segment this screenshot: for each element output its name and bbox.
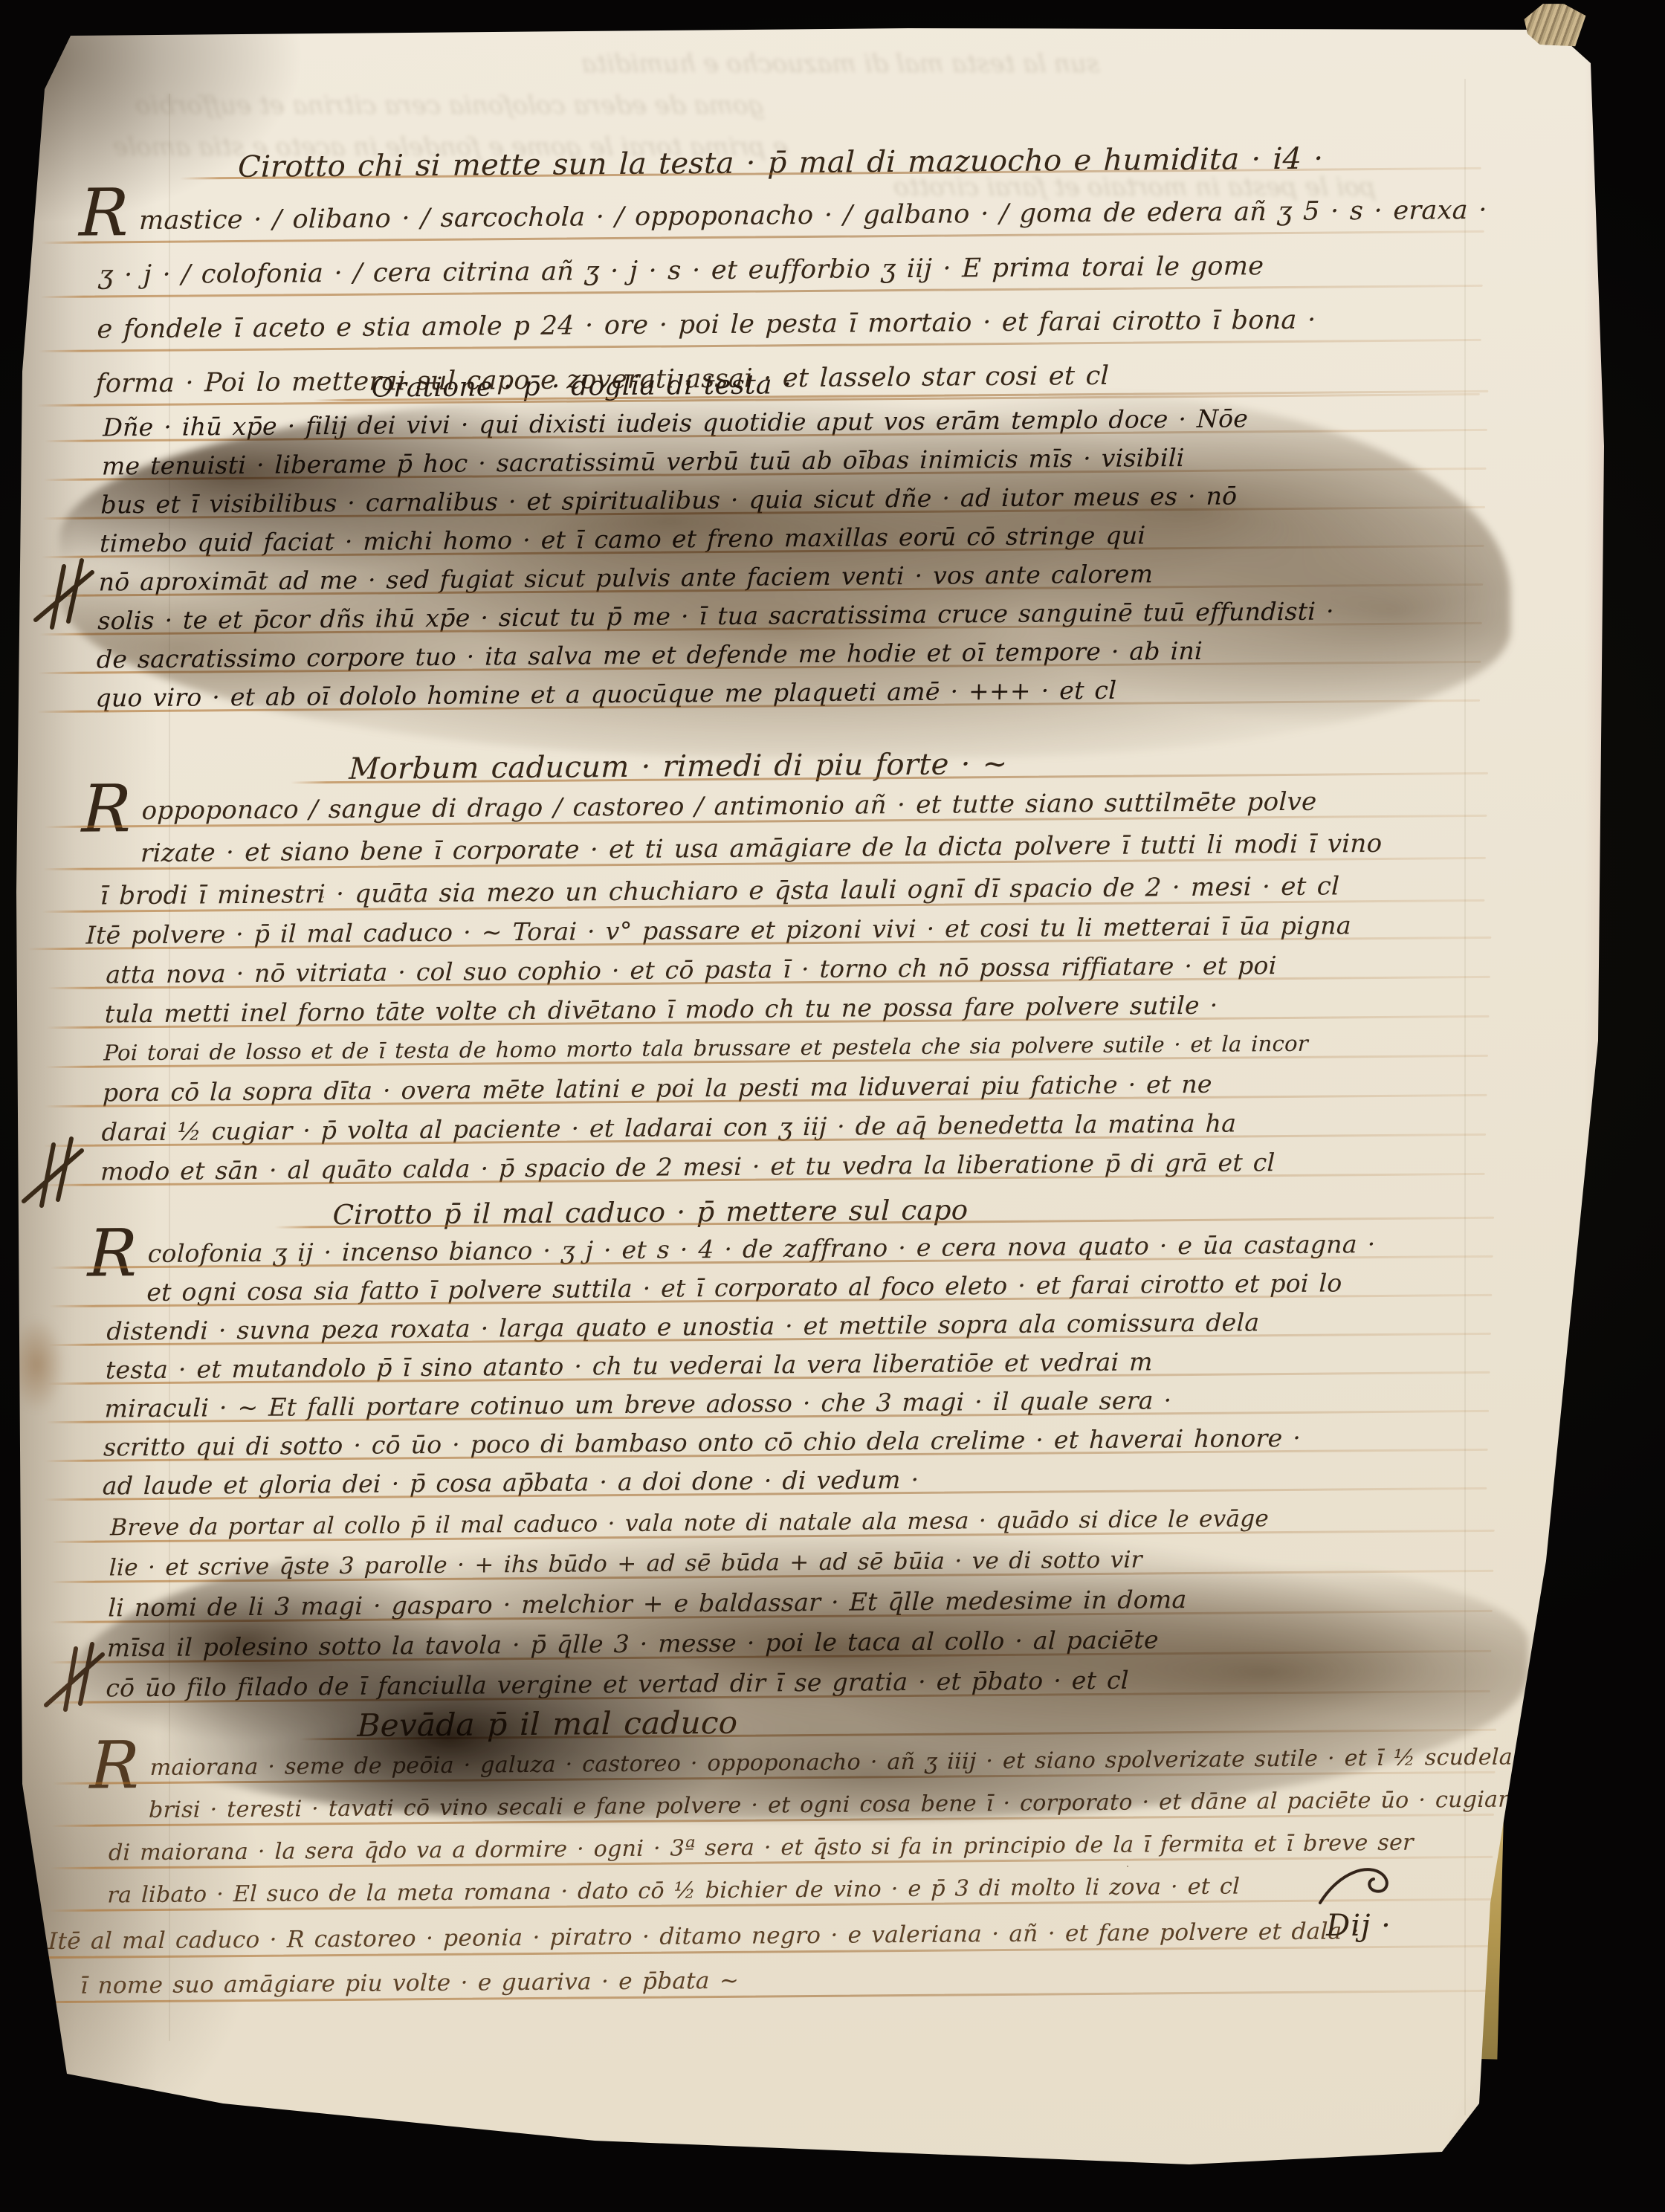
manuscript-text: Cirotto chi si mette sun la testa · p̄ m… bbox=[8, 21, 1616, 2174]
line-text: colofonia ʒ ij · incenso bianco · ʒ j · … bbox=[147, 1229, 1376, 1268]
ink-speckles bbox=[16, 27, 21, 31]
signature-text: Dij · bbox=[1314, 1909, 1403, 1943]
recipe-section-item-polvere-mal-caduco: Itē polvere · p̄ il mal caduco · ~ Torai… bbox=[100, 905, 1471, 1191]
attention-mark-icon bbox=[19, 1133, 94, 1216]
recipe-initial-icon: R bbox=[87, 1227, 138, 1280]
recipe-section-breve-da-portar-al-collo: Breve da portar al collo p̄ il mal caduc… bbox=[106, 1497, 1475, 1708]
title-line: Cirotto chi si mette sun la testa · p̄ m… bbox=[238, 140, 1461, 184]
recipe-initial-icon: R bbox=[89, 1739, 140, 1792]
attention-mark-icon bbox=[31, 556, 106, 639]
recipe-section-item-al-mal-caduco: Itē al mal caduco · R castoreo · peonia … bbox=[110, 1908, 1476, 2008]
recipe-initial-icon: R bbox=[79, 187, 129, 239]
quire-signature: Dij · bbox=[1314, 1861, 1403, 1943]
recipe-initial-icon: R bbox=[81, 783, 132, 835]
manuscript-page: sun la testa mal di mazuocho e humiditag… bbox=[16, 27, 1607, 2167]
line-text: oppoponaco / sangue di drago / castoreo … bbox=[141, 787, 1317, 826]
photo-backdrop: { "page": { "title_line": "Cirotto chi s… bbox=[0, 0, 1665, 2212]
page-title: Cirotto chi si mette sun la testa · p̄ m… bbox=[97, 140, 1461, 185]
recipe-section-cirotto-mal-caduco: Cirotto p̄ il mal caduco · p̄ mettere su… bbox=[102, 1189, 1474, 1506]
recipe-section-morbum-caducum-rimedi: Morbum caducum · rimedi di piu forte · ~… bbox=[100, 741, 1468, 917]
line-text: maiorana · seme de peōia · galuza · cast… bbox=[149, 1744, 1602, 1781]
recipe-section-bevanda-mal-caduco: Bevāda p̄ il mal caducoRmaiorana · seme … bbox=[107, 1698, 1477, 1916]
signature-flourish-icon bbox=[1314, 1861, 1403, 1910]
line-text: mastice · / olibano · / sarcochola · / o… bbox=[139, 195, 1488, 236]
attention-mark-icon bbox=[43, 1638, 117, 1721]
recipe-section-oratione-doglia-di-testa: Oratione · p̄ · doglia di testa ·Dñe · i… bbox=[95, 362, 1469, 718]
